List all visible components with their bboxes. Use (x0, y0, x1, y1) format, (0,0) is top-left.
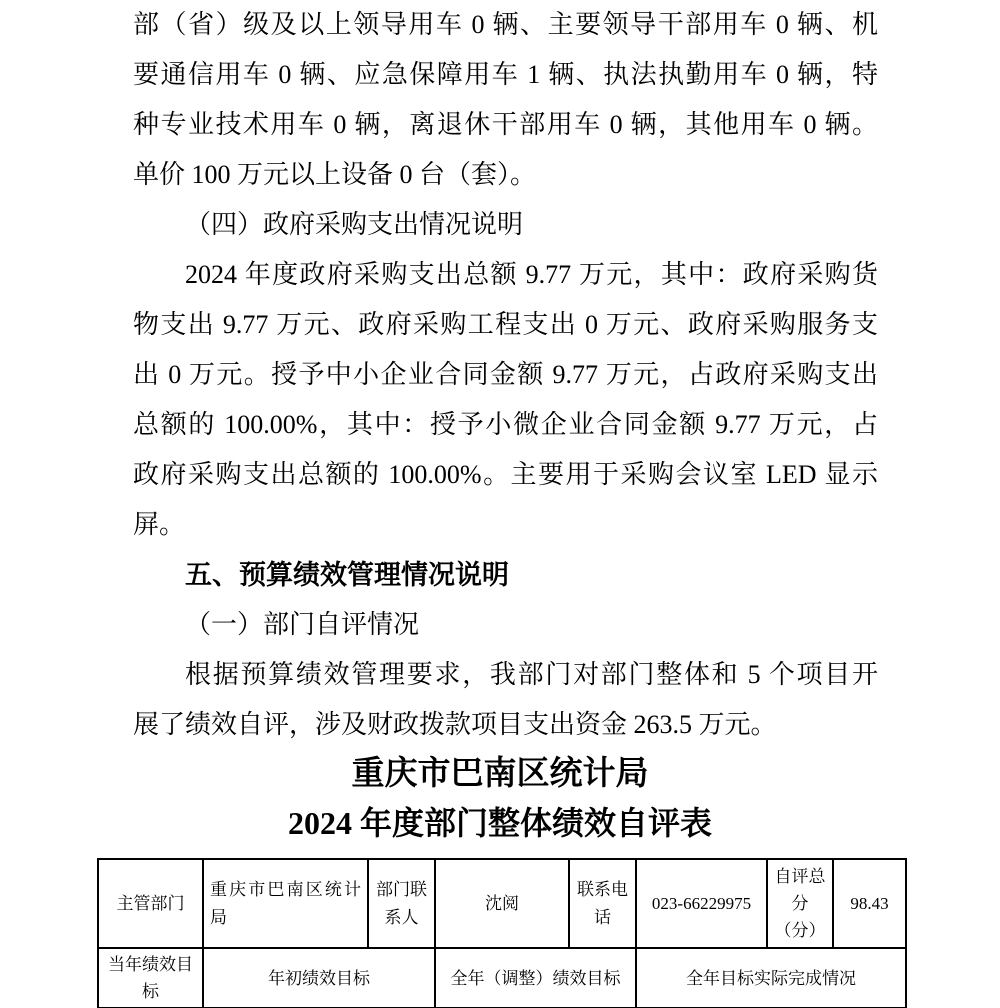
text-line: 种专业技术用车 0 辆，离退休干部用车 0 辆，其他用车 0 辆。 (133, 100, 878, 150)
table-cell: 自评总分（分） (767, 859, 833, 948)
text-line: 物支出 9.77 万元、政府采购工程支出 0 万元、政府采购服务支 (133, 300, 878, 350)
table-cell: 重庆市巴南区统计局 (203, 859, 368, 948)
document-body: 部（省）级及以上领导用车 0 辆、主要领导干部用车 0 辆、机要通信用车 0 辆… (133, 0, 878, 750)
table-cell: 部门联系人 (368, 859, 435, 948)
text-line: 要通信用车 0 辆、应急保障用车 1 辆、执法执勤用车 0 辆，特 (133, 50, 878, 100)
table-title-org: 重庆市巴南区统计局 (0, 750, 1000, 799)
table-cell: 全年（调整）绩效目标 (435, 948, 636, 1008)
text-line: 出 0 万元。授予中小企业合同金额 9.77 万元，占政府采购支出 (133, 350, 878, 400)
text-line: 2024 年度政府采购支出总额 9.77 万元，其中：政府采购货 (133, 250, 878, 300)
table-cell: 主管部门 (98, 859, 203, 948)
table-cell: 98.43 (833, 859, 906, 948)
table-cell: 年初绩效目标 (203, 948, 435, 1008)
text-line: 政府采购支出总额的 100.00%。主要用于采购会议室 LED 显示 (133, 450, 878, 500)
table-row: 主管部门重庆市巴南区统计局部门联系人沈阅联系电话023-66229975自评总分… (98, 859, 906, 948)
text-line: 屏。 (133, 500, 878, 550)
table-body: 主管部门重庆市巴南区统计局部门联系人沈阅联系电话023-66229975自评总分… (98, 859, 906, 1008)
text-line: （一）部门自评情况 (133, 600, 878, 650)
table-row: 当年绩效目标年初绩效目标全年（调整）绩效目标全年目标实际完成情况 (98, 948, 906, 1008)
table-cell: 023-66229975 (636, 859, 767, 948)
performance-evaluation-table: 主管部门重庆市巴南区统计局部门联系人沈阅联系电话023-66229975自评总分… (97, 858, 907, 1008)
table-title-name: 2024 年度部门整体绩效自评表 (0, 799, 1000, 847)
text-line: （四）政府采购支出情况说明 (133, 200, 878, 250)
table-cell: 沈阅 (435, 859, 569, 948)
table-cell: 全年目标实际完成情况 (636, 948, 906, 1008)
table-cell: 联系电话 (569, 859, 636, 948)
text-line: 根据预算绩效管理要求，我部门对部门整体和 5 个项目开 (133, 650, 878, 700)
text-line: 总额的 100.00%，其中：授予小微企业合同金额 9.77 万元，占 (133, 400, 878, 450)
text-line: 五、预算绩效管理情况说明 (133, 550, 878, 600)
table-title-block: 重庆市巴南区统计局 2024 年度部门整体绩效自评表 (0, 750, 1000, 847)
document-page: 部（省）级及以上领导用车 0 辆、主要领导干部用车 0 辆、机要通信用车 0 辆… (0, 0, 1000, 1008)
text-line: 展了绩效自评，涉及财政拨款项目支出资金 263.5 万元。 (133, 700, 878, 750)
text-line: 部（省）级及以上领导用车 0 辆、主要领导干部用车 0 辆、机 (133, 0, 878, 50)
text-line: 单价 100 万元以上设备 0 台（套）。 (133, 150, 878, 200)
table-cell: 当年绩效目标 (98, 948, 203, 1008)
